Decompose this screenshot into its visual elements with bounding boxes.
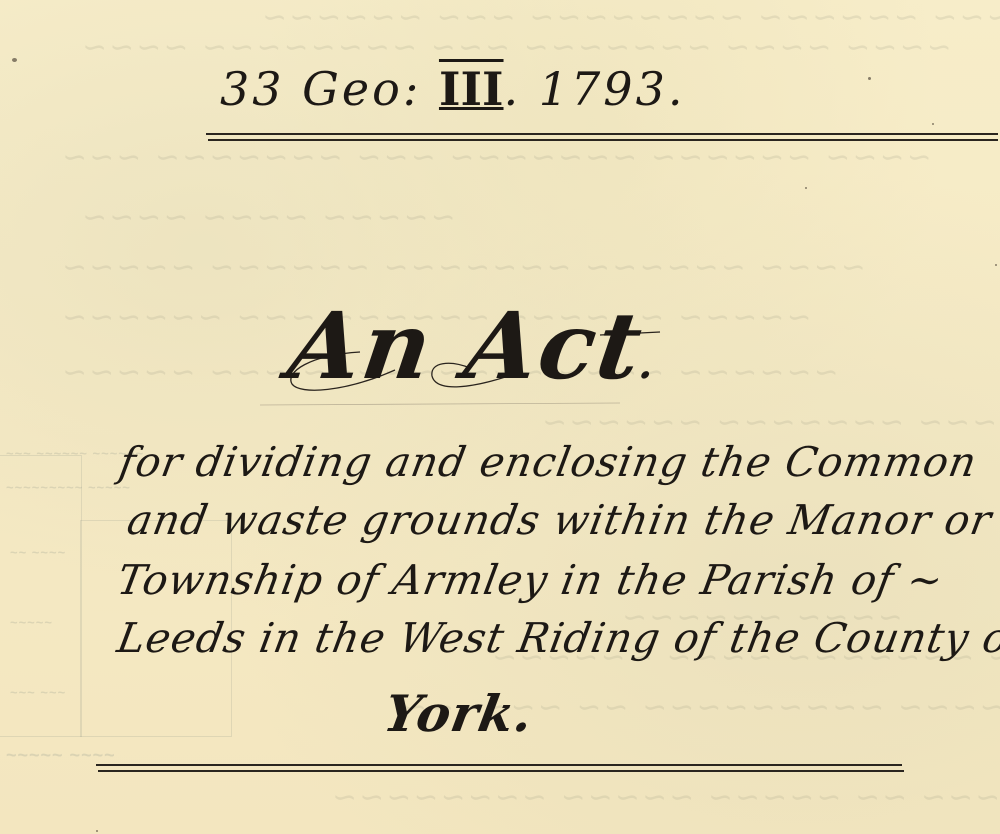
footer-double-rule-top [96, 764, 902, 766]
body-line-3: Township of Armley in the Parish of ~ [114, 556, 948, 604]
body-line-1: for dividing and enclosing the Common [116, 438, 981, 486]
body-line-2: and waste grounds within the Manor or [124, 496, 996, 544]
document-title: An Act. [282, 292, 665, 400]
body-line-5: York. [380, 684, 538, 743]
footer-double-rule-bottom [98, 770, 904, 772]
body-line-4: Leeds in the West Riding of the County o… [114, 614, 1000, 662]
title-text: An Act [282, 292, 649, 400]
